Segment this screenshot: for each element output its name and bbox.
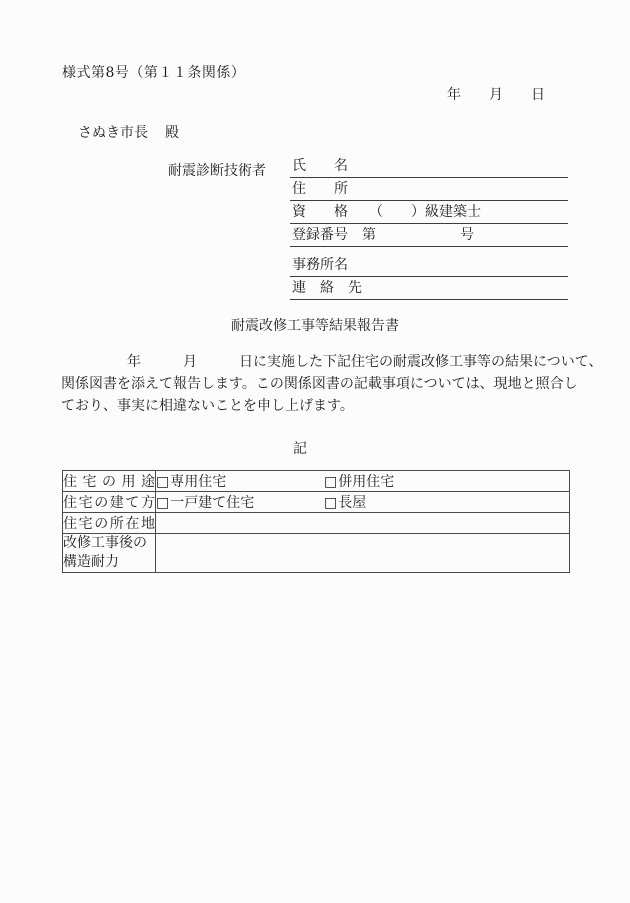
addressee-line: さぬき市長殿: [78, 122, 179, 142]
body-line: 年 月 日に実施した下記住宅の耐震改修工事等の結果について、: [61, 351, 581, 373]
option-label: 専用住宅: [170, 474, 226, 490]
addressee-honorific: 殿: [165, 125, 179, 141]
document-page: 様式第8号（第１１条関係） 年 月 日 さぬき市長殿 耐震診断技術者 氏 名 住…: [0, 0, 630, 903]
checkbox-icon: □: [156, 474, 169, 490]
table-row-usage: 住宅の用途 □専用住宅□併用住宅: [63, 471, 570, 492]
document-title: 耐震改修工事等結果報告書: [0, 315, 630, 335]
addressee-name: さぬき市長: [78, 125, 148, 141]
option-label: 併用住宅: [338, 474, 394, 490]
option-dedicated-house: □専用住宅: [156, 471, 324, 491]
checkbox-icon: □: [324, 495, 337, 511]
form-number: 様式第8号（第１１条関係）: [62, 62, 245, 82]
field-name: 氏 名: [290, 155, 568, 178]
option-combined-house: □併用住宅: [324, 474, 394, 490]
option-detached-house: □一戸建て住宅: [156, 492, 324, 512]
field-address: 住 所: [290, 178, 568, 201]
row-value-usage: □専用住宅□併用住宅: [156, 471, 570, 492]
field-contact: 連 絡 先: [290, 277, 568, 300]
field-qualification: 資 格 （ ）級建築士: [290, 201, 568, 224]
row-value-location: [156, 513, 570, 534]
row-label-location: 住宅の所在地: [63, 513, 156, 534]
field-registration-number: 登録番号 第 号: [290, 224, 568, 247]
table-row-structural-strength: 改修工事後の構造耐力: [63, 534, 570, 573]
checkbox-icon: □: [156, 495, 169, 511]
ki-marker: 記: [293, 438, 307, 458]
technician-label: 耐震診断技術者: [168, 160, 266, 180]
body-line: ており、事実に相違ないことを申し上げます。: [61, 395, 581, 417]
field-office-name: 事務所名: [290, 254, 568, 277]
table-row-building-type: 住宅の建て方 □一戸建て住宅□長屋: [63, 492, 570, 513]
row-label-building-type: 住宅の建て方: [63, 492, 156, 513]
row-label-structural-strength: 改修工事後の構造耐力: [63, 534, 156, 573]
option-row-house: □長屋: [324, 495, 366, 511]
table-row-location: 住宅の所在地: [63, 513, 570, 534]
option-label: 一戸建て住宅: [170, 495, 254, 511]
date-line: 年 月 日: [447, 84, 545, 104]
body-paragraph: 年 月 日に実施した下記住宅の耐震改修工事等の結果について、 関係図書を添えて報…: [61, 351, 581, 417]
row-label-usage: 住宅の用途: [63, 471, 156, 492]
housing-detail-table: 住宅の用途 □専用住宅□併用住宅 住宅の建て方 □一戸建て住宅□長屋 住宅の所在…: [62, 470, 570, 573]
technician-fields: 氏 名 住 所 資 格 （ ）級建築士 登録番号 第 号 事務所名 連 絡 先: [290, 155, 568, 300]
row-value-structural-strength: [156, 534, 570, 573]
row-value-building-type: □一戸建て住宅□長屋: [156, 492, 570, 513]
checkbox-icon: □: [324, 474, 337, 490]
body-line: 関係図書を添えて報告します。この関係図書の記載事項については、現地と照合し: [61, 373, 581, 395]
option-label: 長屋: [338, 495, 366, 511]
